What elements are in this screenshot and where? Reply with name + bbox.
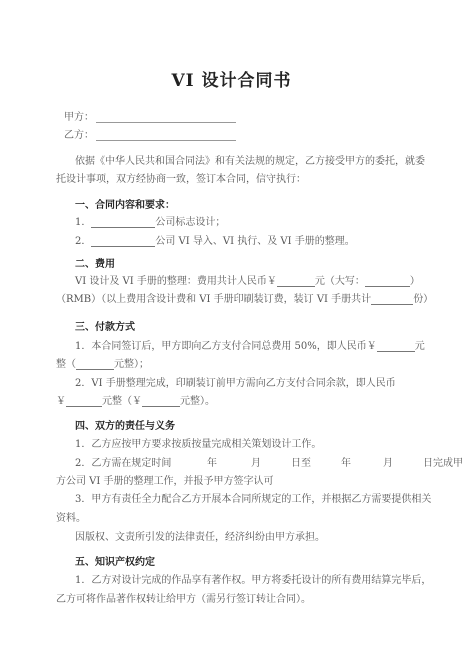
section-5-heading: 五、知识产权约定 bbox=[75, 553, 155, 568]
text: 元整）； bbox=[114, 359, 149, 370]
text: VI 设计及 VI 手册的整理：费用共计人民币￥ bbox=[75, 276, 277, 287]
blank-line bbox=[365, 277, 410, 287]
section-5-item-1-line-1: 1．乙方对设计完成的作品享有著作权。甲方将委托设计的所有费用结算完毕后， bbox=[75, 571, 431, 586]
text: 份） bbox=[413, 294, 433, 305]
blank-line bbox=[142, 397, 180, 407]
blank-line bbox=[91, 218, 155, 228]
section-3-item-1-line-2: 整（元整）； bbox=[56, 355, 149, 370]
section-4-item-1: 1．乙方应按甲方要求按质按量完成相关策划设计工作。 bbox=[75, 435, 321, 450]
text: 整（ bbox=[56, 359, 76, 370]
text: ） bbox=[410, 276, 420, 287]
party-b-field: 乙方： bbox=[64, 126, 236, 141]
text: 日完成甲 bbox=[423, 454, 463, 469]
section-3-item-2-line-2: ￥元整（￥元整）。 bbox=[56, 392, 215, 407]
blank-line bbox=[371, 295, 413, 305]
section-5-item-1-line-2: 乙方可将作品著作权转让给甲方（需另行签订转让合同）。 bbox=[56, 590, 311, 605]
section-4-item-2-line-2: 方公司 VI 手册的整理工作，并报予甲方签字认可 bbox=[56, 472, 274, 487]
section-4-note: 因版权、文责所引发的法律责任，经济纠纷由甲方承担。 bbox=[75, 528, 325, 543]
section-2-heading: 二、费用 bbox=[75, 255, 115, 270]
item-text: 公司 VI 导入、VI 执行、及 VI 手册的整理。 bbox=[155, 236, 354, 247]
blank-line bbox=[66, 397, 102, 407]
text: ￥ bbox=[56, 396, 66, 407]
text: 日至 bbox=[291, 454, 311, 469]
text: 2．乙方需在规定时间 bbox=[75, 458, 171, 469]
text: 月 bbox=[251, 454, 261, 469]
text: 1．本合同签订后，甲方即向乙方支付合同总费用 50%，即人民币￥ bbox=[75, 341, 377, 352]
blank-line bbox=[76, 360, 114, 370]
section-4-item-3-line-1: 3．甲方有责任全力配合乙方开展本合同所规定的工作，并根据乙方需要提供相关 bbox=[75, 490, 431, 505]
text: 元整）。 bbox=[180, 396, 215, 407]
party-a-field: 甲方： bbox=[64, 108, 236, 123]
text: 年 bbox=[207, 454, 217, 469]
item-text: 公司标志设计； bbox=[155, 217, 225, 228]
text: 元整（￥ bbox=[102, 396, 142, 407]
document-title: VI 设计合同书 bbox=[0, 66, 463, 91]
section-2-line-1: VI 设计及 VI 手册的整理：费用共计人民币￥元（大写：） bbox=[75, 272, 420, 287]
section-1-item-2: 2．公司 VI 导入、VI 执行、及 VI 手册的整理。 bbox=[75, 232, 355, 247]
section-1-heading: 一、合同内容和要求： bbox=[75, 196, 175, 211]
item-number: 1． bbox=[75, 217, 91, 228]
section-2-line-2: （RMB）（以上费用含设计费和 VI 手册印刷装订费，装订 VI 手册共计份） bbox=[56, 290, 433, 305]
text: （RMB）（以上费用含设计费和 VI 手册印刷装订费，装订 VI 手册共计 bbox=[56, 294, 371, 305]
party-a-blank bbox=[96, 113, 236, 123]
blank-line bbox=[91, 237, 155, 247]
text: 月 bbox=[383, 454, 393, 469]
section-3-item-1-line-1: 1．本合同签订后，甲方即向乙方支付合同总费用 50%，即人民币￥元 bbox=[75, 337, 425, 352]
intro-line-1: 依据《中华人民共和国合同法》和有关法规的规定，乙方接受甲方的委托，就委 bbox=[75, 152, 425, 167]
section-3-item-2-line-1: 2．VI 手册整理完成，印刷装订前甲方需向乙方支付合同余款，即人民币 bbox=[75, 374, 396, 389]
section-4-item-2-line-1: 2．乙方需在规定时间 年 月 日至 年 月 日完成甲 bbox=[75, 454, 405, 469]
section-3-heading: 三、付款方式 bbox=[75, 318, 135, 333]
text: 年 bbox=[341, 454, 351, 469]
section-4-item-3-line-2: 资料。 bbox=[56, 509, 86, 524]
party-b-blank bbox=[96, 131, 236, 141]
party-a-label: 甲方： bbox=[64, 112, 94, 123]
item-number: 2． bbox=[75, 236, 91, 247]
blank-line bbox=[377, 342, 415, 352]
text: 元 bbox=[415, 341, 425, 352]
intro-line-2: 托设计事项，双方经协商一致，签订本合同，信守执行： bbox=[56, 170, 306, 185]
section-1-item-1: 1．公司标志设计； bbox=[75, 213, 225, 228]
text: 元（大写： bbox=[315, 276, 365, 287]
blank-line bbox=[277, 277, 315, 287]
section-4-heading: 四、双方的责任与义务 bbox=[75, 417, 175, 432]
party-b-label: 乙方： bbox=[64, 130, 94, 141]
